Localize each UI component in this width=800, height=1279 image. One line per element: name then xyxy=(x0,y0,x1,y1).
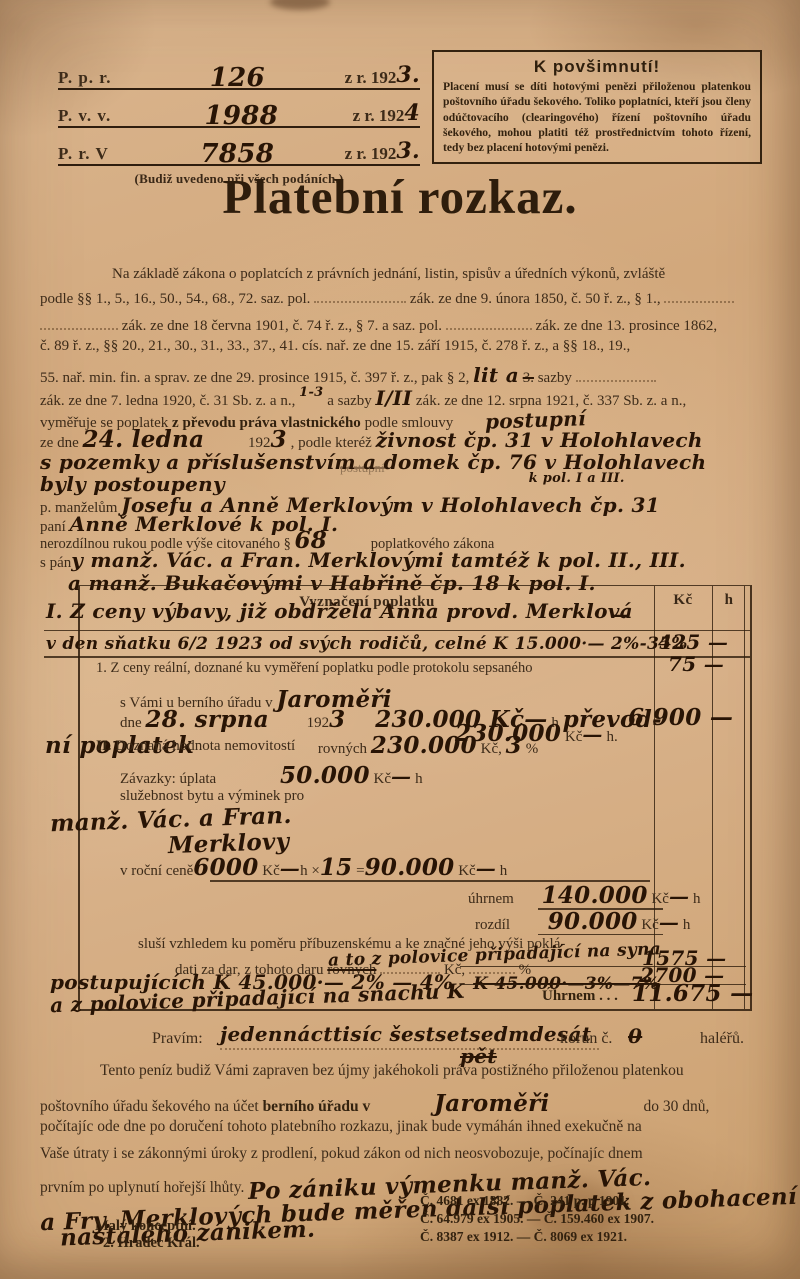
reference-year-digit-handwritten: 3. xyxy=(396,62,420,88)
handwritten-co-obligors: y manž. Vác. a Fran. Merklovými tamtéž k… xyxy=(71,548,686,572)
fee-liabilities-row: Závazky: úplata 50.000 Kč— h xyxy=(120,762,423,789)
equals-sign: = xyxy=(356,863,364,879)
print-text: ze dne xyxy=(40,435,79,451)
handwritten-dash: — xyxy=(280,856,300,880)
handwritten-dash: — xyxy=(582,722,602,746)
print-text: 192 xyxy=(248,435,271,451)
print-text: dne xyxy=(120,715,142,731)
handwritten-hellers: 0 xyxy=(628,1024,642,1048)
handwritten-amount: 90.000 xyxy=(365,854,455,881)
fee-sum-row: úhrnem 140.000 Kč— h xyxy=(468,882,701,909)
print-text: do 30 dnů, xyxy=(643,1098,709,1115)
handwritten-dash: — xyxy=(669,884,689,908)
fee-annuity-row: v roční ceně6000 Kč—h ×15 =90.000 Kč— h xyxy=(120,854,507,881)
print-text: zák. ze dne 7. ledna 1920, č. 31 Sb. z. … xyxy=(40,393,295,409)
dotted-blank xyxy=(664,288,734,303)
intro-line-10: byly postoupeny k pol. I a III. xyxy=(40,472,625,494)
print-text: Kč xyxy=(651,891,669,907)
reference-row: P. v. v. 1988 z r. 192 4 xyxy=(58,90,420,128)
table-rule xyxy=(744,586,745,1009)
form-ref-line-2: Č. 64.979 ex 1905. — Č. 159.460 ex 1907. xyxy=(420,1210,654,1228)
print-text: Doznaná hodnota nemovitostí xyxy=(115,738,295,754)
print-text: úhrnem xyxy=(468,891,514,907)
paper-stain xyxy=(270,0,330,10)
reference-year: z r. 192 xyxy=(353,106,405,126)
reference-number-handwritten: 126 xyxy=(130,68,345,88)
closing-line-3: počítajíc ode dne po doručení tohoto pla… xyxy=(40,1118,642,1136)
print-text: rozdíl xyxy=(475,917,510,933)
amount-value: 75 — xyxy=(668,652,724,676)
print-text: a sazby xyxy=(327,393,372,409)
form-ref-line-1: Č. 4681 ex 1882. — Č. 241 p. p 1901. xyxy=(420,1192,654,1210)
print-text: č. 89 ř. z., §§ 20., 21., 30., 31., 33.,… xyxy=(40,338,630,354)
handwritten-amount-words: jedennácttisíc šestsetsedmdesát xyxy=(220,1022,599,1050)
handwritten-dash: — xyxy=(659,910,679,934)
multiplication-sign: × xyxy=(311,863,319,879)
handwritten-town: Jaroměři xyxy=(434,1090,549,1117)
handwritten-year-digit: 3 xyxy=(329,706,345,733)
handwritten-multiplier: 15 xyxy=(320,854,353,881)
handwritten-superscript: k pol. I a III. xyxy=(529,471,625,486)
print-text-struck: 3. xyxy=(523,370,534,386)
print-text: haléřů. xyxy=(700,1030,744,1048)
handwritten-year-digit: 3 xyxy=(271,426,287,453)
print-text: , podle kteréž xyxy=(291,435,372,451)
reference-year-digit-handwritten: 3. xyxy=(396,138,420,164)
handwritten-insertion: I/II xyxy=(376,386,413,410)
print-text: Tento peníz budiž Vámi zapraven bez újmy… xyxy=(100,1062,684,1079)
intro-line-3: zák. ze dne 18 června 1901, č. 74 ř. z.,… xyxy=(40,315,717,337)
reference-row: P. p. r. 126 z r. 192 3. xyxy=(58,52,420,90)
form-ref-line-3: Č. 8387 ex 1912. — Č. 8069 ex 1921. xyxy=(420,1228,654,1246)
fee-table-header-h: h xyxy=(712,592,746,609)
reference-label: P. v. v. xyxy=(58,106,130,126)
print-text: korun č. xyxy=(560,1030,612,1048)
print-text-bold: berního úřadu v xyxy=(263,1098,371,1115)
closing-line-1: Tento peníz budiž Vámi zapraven bez újmy… xyxy=(100,1062,684,1080)
intro-line-1: Na základě zákona o poplatcích z právníc… xyxy=(112,266,665,288)
print-text: 55. nař. min. fin. a sprav. ze dne 29. p… xyxy=(40,370,469,386)
intro-line-8: ze dne 24. ledna 1923 , podle kteréž živ… xyxy=(40,426,703,448)
print-text: Vaše útraty i se zákonnými úroky z prodl… xyxy=(40,1145,643,1162)
table-rule xyxy=(538,934,663,935)
fee-item-2-value: 230.000 Kč— h. xyxy=(455,720,618,747)
fee-item-1: 1. Z ceny reální, doznané ku vyměření po… xyxy=(96,660,533,677)
handwritten-fee-row-2: v den sňatku 6/2 1923 od svých rodičů, c… xyxy=(46,634,688,654)
print-text: Kč xyxy=(458,863,476,879)
fee-difference-row: rozdíl 90.000 Kč— h xyxy=(475,908,690,935)
print-text: sazby xyxy=(538,370,572,386)
print-text: h xyxy=(693,891,701,907)
print-text: Kč xyxy=(262,863,280,879)
print-text: rovných xyxy=(318,741,367,757)
print-text: h xyxy=(683,917,691,933)
closing-line-2: poštovního úřadu šekového na účet berníh… xyxy=(40,1090,709,1117)
handwritten-amount: 230.000 xyxy=(455,720,561,747)
reference-year: z r. 192 xyxy=(345,68,397,88)
intro-line-13: nerozdílnou rukou podle výše citovaného … xyxy=(40,527,494,549)
intro-line-2: podle §§ 1., 5., 16., 50., 54., 68., 72.… xyxy=(40,288,734,310)
notice-title: K povšimnutí! xyxy=(443,57,751,77)
print-text: h. xyxy=(606,729,617,745)
fee-table: Vyznačení poplatku Kč h I. Z ceny výbavy… xyxy=(78,585,752,1011)
handwritten-amount: 90.000 xyxy=(548,908,638,935)
table-rule xyxy=(44,656,750,658)
print-text: Na základě zákona o poplatcích z právníc… xyxy=(112,266,665,282)
print-item-number: II. xyxy=(96,738,111,754)
imprint-line-1: Malý konceptní. xyxy=(95,1218,200,1235)
handwritten-date: 28. srpna xyxy=(145,706,269,733)
print-text: podle §§ 1., 5., 16., 50., 54., 68., 72.… xyxy=(40,291,310,307)
dotted-blank xyxy=(314,288,406,303)
table-rule xyxy=(44,630,750,631)
closing-line-4: Vaše útraty i se zákonnými úroky z prodl… xyxy=(40,1145,643,1163)
amount-dash: — xyxy=(610,602,630,626)
print-text: Kč xyxy=(641,917,659,933)
handwritten-insertion: lit a xyxy=(473,363,519,387)
fee-item-2: II. Doznaná hodnota nemovitostí xyxy=(96,738,295,755)
page-title: Platební rozkaz. xyxy=(0,168,800,225)
print-text: s pán xyxy=(40,555,71,571)
reference-year-digit-handwritten: 4 xyxy=(404,100,420,126)
print-text: Kč xyxy=(374,771,392,787)
handwritten-date: 24. ledna xyxy=(82,426,204,453)
intro-line-6: zák. ze dne 7. ledna 1920, č. 31 Sb. z. … xyxy=(40,386,686,408)
handwritten-dash: — xyxy=(476,856,496,880)
print-text: h xyxy=(415,771,423,787)
handwritten-dash: — xyxy=(391,764,411,788)
handwritten-amount: 50.000 xyxy=(280,762,370,789)
amount-value: 425 — xyxy=(658,630,728,654)
reference-year: z r. 192 xyxy=(345,144,397,164)
print-text: Kč xyxy=(565,729,583,745)
intro-line-5: 55. nař. min. fin. a sprav. ze dne 29. p… xyxy=(40,363,656,385)
print-text: 192 xyxy=(307,715,330,731)
dotted-blank xyxy=(576,367,656,382)
reference-number-handwritten: 7858 xyxy=(130,144,345,164)
amount-value: 6 900 — xyxy=(628,704,733,731)
fee-total-amount: 11.675 — xyxy=(632,980,753,1007)
print-text: h xyxy=(300,863,308,879)
imprint-line-2: 2. Hradec Král. xyxy=(95,1235,200,1252)
notice-body: Placení musí se díti hotovými penězi při… xyxy=(443,79,751,155)
print-text: počítajíc ode dne po doručení tohoto pla… xyxy=(40,1118,642,1135)
intro-line-14: s pány manž. Vác. a Fran. Merklovými tam… xyxy=(40,548,686,570)
print-text: h xyxy=(500,863,508,879)
intro-paragraph: Na základě zákona o poplatcích z právníc… xyxy=(40,258,764,588)
print-text: v roční ceně xyxy=(120,863,193,879)
reference-label: P. p. r. xyxy=(58,68,130,88)
handwritten-fee-row-1: I. Z ceny výbavy, již obdržela Anna prov… xyxy=(46,599,633,623)
handwritten-property: živnost čp. 31 v Holohlavech xyxy=(376,428,703,452)
print-text: poštovního úřadu šekového na účet xyxy=(40,1098,259,1115)
notice-box: K povšimnutí! Placení musí se díti hotov… xyxy=(432,50,762,164)
handwritten-amount: 140.000 xyxy=(542,882,648,909)
print-text: zák. ze dne 9. února 1850, č. 50 ř. z., … xyxy=(410,291,661,307)
intro-line-9: s pozemky a příslušenstvím a domek čp. 7… xyxy=(40,450,706,472)
reference-row: P. r. V 7858 z r. 192 3. xyxy=(58,128,420,166)
fee-table-header-kc: Kč xyxy=(654,592,712,609)
print-text: zák. ze dne 13. prosince 1862, xyxy=(536,318,718,334)
reference-number-handwritten: 1988 xyxy=(130,106,353,126)
form-reference-numbers: Č. 4681 ex 1882. — Č. 241 p. p 1901. Č. … xyxy=(420,1192,654,1247)
print-text: zák. ze dne 18 června 1901, č. 74 ř. z.,… xyxy=(122,318,442,334)
table-rule xyxy=(460,966,746,967)
reference-number-table: P. p. r. 126 z r. 192 3. P. v. v. 1988 z… xyxy=(58,52,420,187)
handwritten-superscript: 1-3 xyxy=(299,385,323,400)
reference-label: P. r. V xyxy=(58,144,130,164)
scanned-payment-order-document: P. p. r. 126 z r. 192 3. P. v. v. 1988 z… xyxy=(0,0,800,1279)
handwritten-amount: 6000 xyxy=(193,854,258,881)
form-imprint: Malý konceptní. 2. Hradec Král. xyxy=(95,1218,200,1252)
fee-total-label: Úhrnem . . . xyxy=(542,988,618,1005)
dotted-blank xyxy=(446,315,532,330)
intro-line-4: č. 89 ř. z., §§ 20., 21., 30., 31., 33.,… xyxy=(40,338,630,360)
print-text: Závazky: úplata xyxy=(120,771,216,787)
dotted-blank xyxy=(40,315,118,330)
print-text: Pravím: xyxy=(152,1030,203,1048)
print-text: prvním po uplynutí hořejší lhůty. xyxy=(40,1179,244,1196)
